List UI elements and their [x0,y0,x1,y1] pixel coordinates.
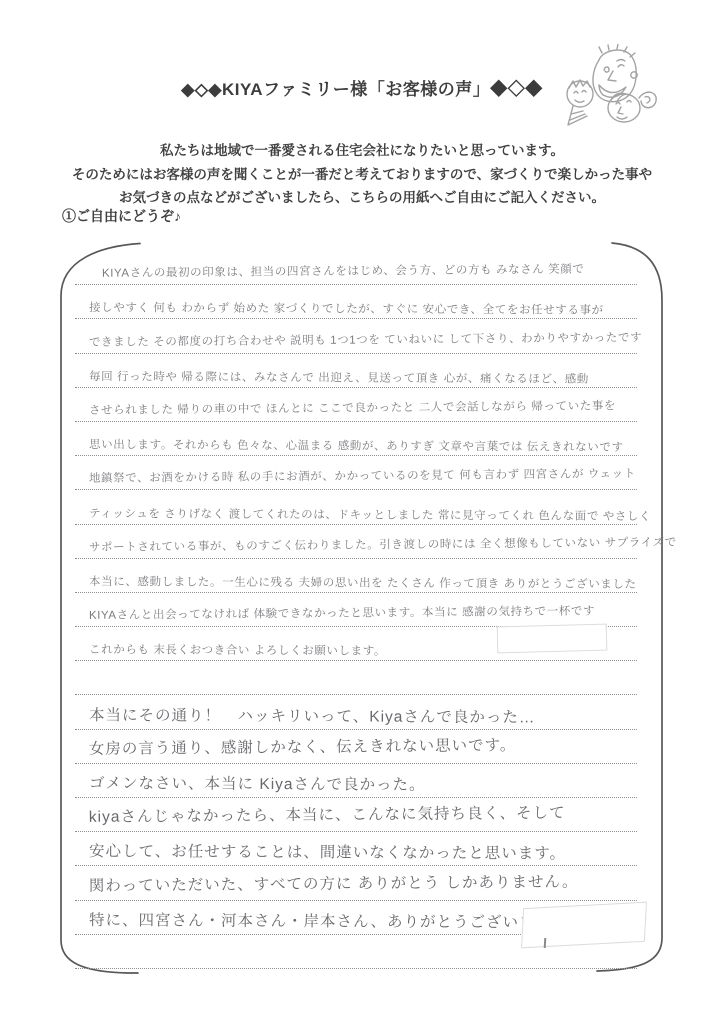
handwritten-line: kiyaさんじゃなかったら、本当に、こんなに気持ち良く、そして [75,798,637,832]
handwritten-line: KIYAさんと出会ってなければ 体験できなかったと思います。本当に 感謝の気持ち… [75,593,637,627]
handwritten-line: 地鎮祭で、お酒をかける時 私の手にお酒が、かかっているのを見て 何も言わず 四宮… [75,456,637,490]
handwritten-text: 接しやすく 何も わからず 始めた 家づくりでしたが、すぐに 安心でき、全てをお… [75,299,604,321]
handwritten-line: 安心して、お任せすることは、間違いなくなかったと思います。 [75,832,637,866]
handwritten-text: させられました 帰りの車の中で ほんとに ここで良かったと 二人で会話しながら … [75,397,616,421]
handwritten-line: KIYAさんの最初の印象は、担当の四宮さんをはじめ、会う方、どの方も みなさん … [75,251,637,285]
handwritten-line: 本当に、感動しました。一生心に残る 夫婦の思い出を たくさん 作って頂き ありが… [75,559,637,593]
handwritten-text: 女房の言う通り、感謝しかなく、伝えきれない思いです。 [75,733,517,763]
handwritten-text: kiyaさんじゃなかったら、本当に、こんなに気持ち良く、そして [75,801,566,831]
handwritten-line: 関わっていただいた、すべての方に ありがとう しかありません。 [75,866,637,900]
erased-stamp-outline-1 [497,624,608,654]
handwritten-text: KIYAさんと出会ってなければ 体験できなかったと思います。本当に 感謝の気持ち… [75,603,595,627]
handwritten-line: 毎回 行った時や 帰る際には、みなさんで 出迎え、見送って頂き 心が、痛くなるほ… [75,354,637,388]
handwritten-text: 特に、四宮さん・河本さん・岸本さん、ありがとうございました！ [75,908,585,937]
handwritten-lines: KIYAさんの最初の印象は、担当の四宮さんをはじめ、会う方、どの方も みなさん … [75,251,637,969]
handwritten-text: サポートされている事が、ものすごく伝わりました。引き渡しの時には 全く想像もして… [75,533,677,557]
handwritten-text: 思い出します。それからも 色々な、心温まる 感動が、ありすぎ 文章や言葉では 伝… [75,436,624,458]
handwritten-line [75,661,637,695]
handwritten-text: 地鎮祭で、お酒をかける時 私の手にお酒が、かかっているのを見て 何も言わず 四宮… [75,465,636,489]
handwritten-text: ゴメンなさい、本当に Kiyaさんで良かった。 [75,771,426,799]
handwritten-line: サポートされている事が、ものすごく伝わりました。引き渡しの時には 全く想像もして… [75,525,637,559]
handwritten-text: KIYAさんの最初の印象は、担当の四宮さんをはじめ、会う方、どの方も みなさん … [75,261,585,284]
handwritten-text: これからも 末長くおつき合い よろしくお願いします。 [75,641,386,662]
handwritten-line: ティッシュを さりげなく 渡してくれたのは、ドキッとしました 常に見守ってくれ … [75,490,637,524]
handwritten-line: 接しやすく 何も わからず 始めた 家づくりでしたが、すぐに 安心でき、全てをお… [75,285,637,319]
handwritten-text [75,964,89,968]
handwritten-line: 本当にその通り！ ハッキリいって、Kiyaさんで良かった… [75,695,637,729]
handwritten-text: ティッシュを さりげなく 渡してくれたのは、ドキッとしました 常に見守ってくれ … [75,505,651,527]
handwritten-text: 本当にその通り！ ハッキリいって、Kiyaさんで良かった… [75,703,535,731]
handwritten-text: 本当に、感動しました。一生心に残る 夫婦の思い出を たくさん 作って頂き ありが… [75,573,637,595]
handwritten-text: 安心して、お任せすることは、間違いなくなかったと思います。 [75,839,566,868]
handwritten-line: 女房の言う通り、感謝しかなく、伝えきれない思いです。 [75,730,637,764]
handwritten-line: させられました 帰りの車の中で ほんとに ここで良かったと 二人で会話しながら … [75,388,637,422]
erased-stamp-outline-2 [521,902,647,949]
handwritten-line: ゴメンなさい、本当に Kiyaさんで良かった。 [75,764,637,798]
handwritten-text: できました その都度の打ち合わせや 説明も 1つ1つを ていねいに して下さり、… [75,329,642,353]
handwritten-text [75,691,89,694]
handwritten-line: できました その都度の打ち合わせや 説明も 1つ1つを ていねいに して下さり、… [75,319,637,353]
handwritten-line: 思い出します。それからも 色々な、心温まる 感動が、ありすぎ 文章や言葉では 伝… [75,422,637,456]
handwritten-text: 毎回 行った時や 帰る際には、みなさんで 出迎え、見送って頂き 心が、痛くなるほ… [75,368,589,390]
handwritten-text: 関わっていただいた、すべての方に ありがとう しかありません。 [75,869,579,899]
